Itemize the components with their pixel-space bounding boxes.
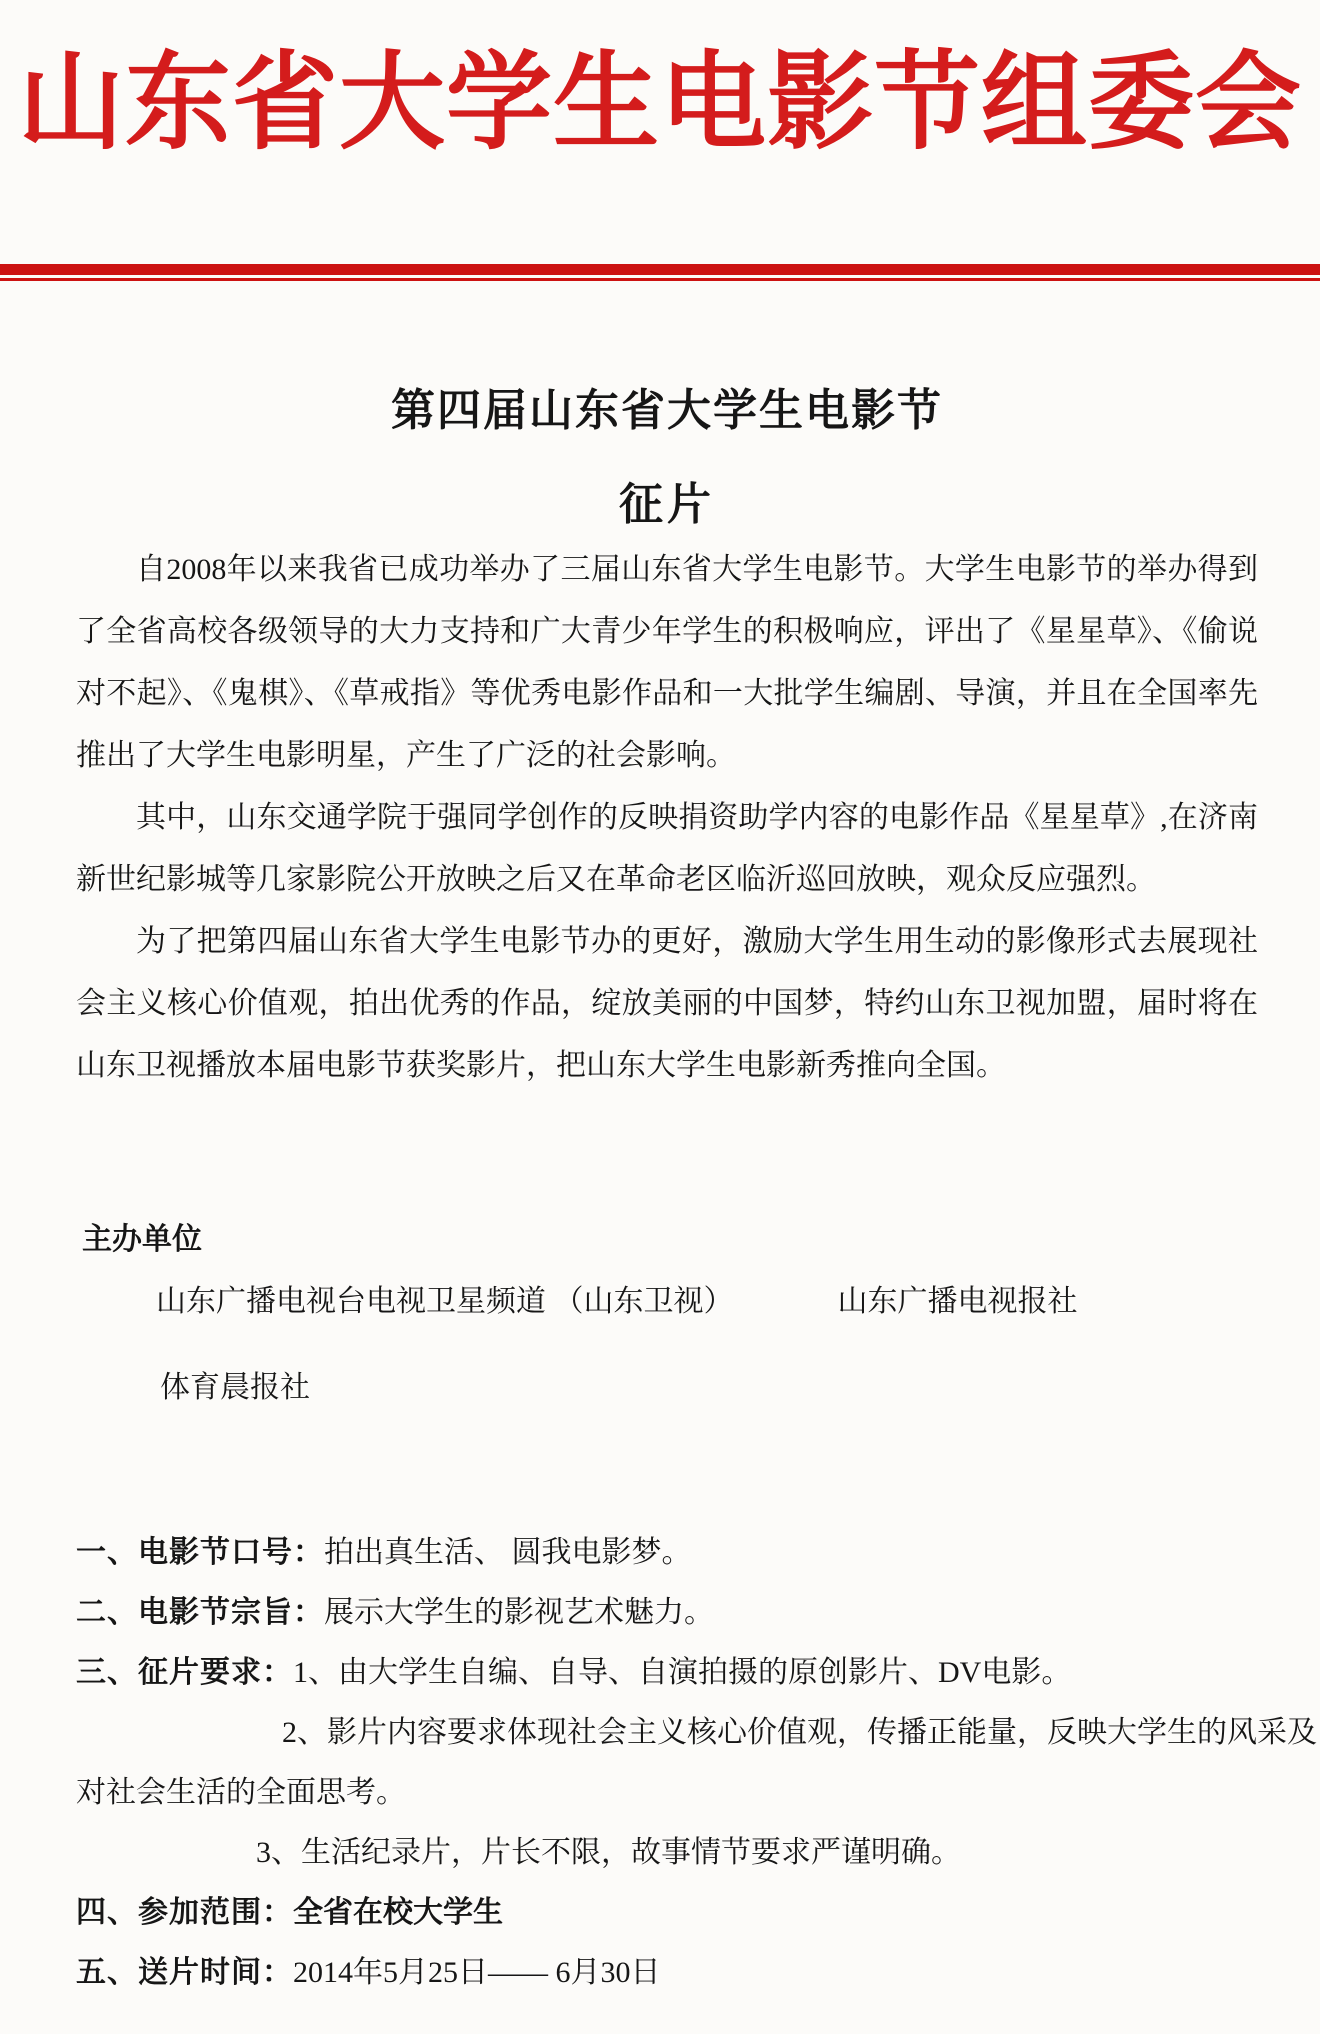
item-requirements-line-3: 3、生活纪录片，片长不限，故事情节要求严谨明确。 [76, 1833, 1258, 1893]
item-deadline-label: 五、送片时间： [76, 1956, 293, 1989]
item-requirements-line-2: 2、影片内容要求体现社会主义核心价值观，传播正能量，反映大学生的风采及 [76, 1713, 1258, 1773]
item-purpose: 二、电影节宗旨：展示大学生的影视艺术魅力。 [76, 1593, 1258, 1653]
item-purpose-text: 展示大学生的影视艺术魅力。 [324, 1596, 714, 1629]
item-slogan: 一、电影节口号：拍出真生活、 圆我电影梦。 [76, 1533, 1258, 1593]
item-requirements-text-2a: 2、影片内容要求体现社会主义核心价值观，传播正能量，反映大学生的风采及 [282, 1716, 1317, 1749]
intro-paragraphs: 自2008年以来我省已成功举办了三届山东省大学生电影节。大学生电影节的举办得到了… [76, 539, 1258, 1097]
item-scope-text: 全省在校大学生 [293, 1896, 503, 1929]
letterhead: 山东省大学生电影节组委会 [0, 0, 1320, 281]
item-purpose-label: 二、电影节宗旨： [76, 1596, 324, 1629]
item-requirements-text-3: 3、生活纪录片，片长不限，故事情节要求严谨明确。 [256, 1836, 961, 1869]
document-subtitle: 征片 [76, 483, 1258, 527]
paragraph-goals: 为了把第四届山东省大学生电影节办的更好，激励大学生用生动的影像形式去展现社会主义… [76, 911, 1258, 1097]
paragraph-example-film: 其中，山东交通学院于强同学创作的反映捐资助学内容的电影作品《星星草》,在济南新世… [76, 787, 1258, 911]
item-slogan-label: 一、电影节口号： [76, 1536, 324, 1569]
divider-thick-line [0, 264, 1320, 275]
item-requirements-line-2-continued: 对社会生活的全面思考。 [76, 1773, 1258, 1833]
item-requirements-label: 三、征片要求： [76, 1656, 293, 1689]
committee-title: 山东省大学生电影节组委会 [0, 0, 1320, 178]
organizers-heading: 主办单位 [82, 1223, 1258, 1257]
document-body: 第四届山东省大学生电影节 征片 自2008年以来我省已成功举办了三届山东省大学生… [0, 389, 1320, 2013]
numbered-items-section: 一、电影节口号：拍出真生活、 圆我电影梦。 二、电影节宗旨：展示大学生的影视艺术… [76, 1533, 1258, 2013]
organizer-tv-channel: 山东广播电视台电视卫星频道 （山东卫视） [156, 1285, 734, 1318]
divider-thin-line [0, 278, 1320, 281]
document-title: 第四届山东省大学生电影节 [76, 389, 1258, 433]
organizers-row-2: 体育晨报社 [76, 1371, 1258, 1405]
item-requirements-text-2b: 对社会生活的全面思考。 [76, 1776, 406, 1809]
document-page: 山东省大学生电影节组委会 第四届山东省大学生电影节 征片 自2008年以来我省已… [0, 0, 1320, 2034]
organizers-row-1: 山东广播电视台电视卫星频道 （山东卫视）山东广播电视报社 [76, 1285, 1258, 1319]
letterhead-divider [0, 264, 1320, 281]
item-requirements-text-1: 1、由大学生自编、自导、自演拍摄的原创影片、DV电影。 [293, 1656, 1071, 1689]
paragraph-history: 自2008年以来我省已成功举办了三届山东省大学生电影节。大学生电影节的举办得到了… [76, 539, 1258, 787]
organizer-tv-newspaper: 山东广播电视报社 [838, 1285, 1078, 1318]
item-scope-label: 四、参加范围： [76, 1896, 293, 1929]
item-requirements: 三、征片要求：1、由大学生自编、自导、自演拍摄的原创影片、DV电影。 [76, 1653, 1258, 1713]
item-deadline: 五、送片时间：2014年5月25日—— 6月30日 [76, 1953, 1258, 2013]
item-deadline-text: 2014年5月25日—— 6月30日 [293, 1956, 661, 1989]
organizers-section: 主办单位 山东广播电视台电视卫星频道 （山东卫视）山东广播电视报社 体育晨报社 [76, 1223, 1258, 1405]
organizer-sports-paper: 体育晨报社 [160, 1371, 310, 1404]
item-scope: 四、参加范围：全省在校大学生 [76, 1893, 1258, 1953]
item-slogan-text: 拍出真生活、 圆我电影梦。 [324, 1536, 692, 1569]
